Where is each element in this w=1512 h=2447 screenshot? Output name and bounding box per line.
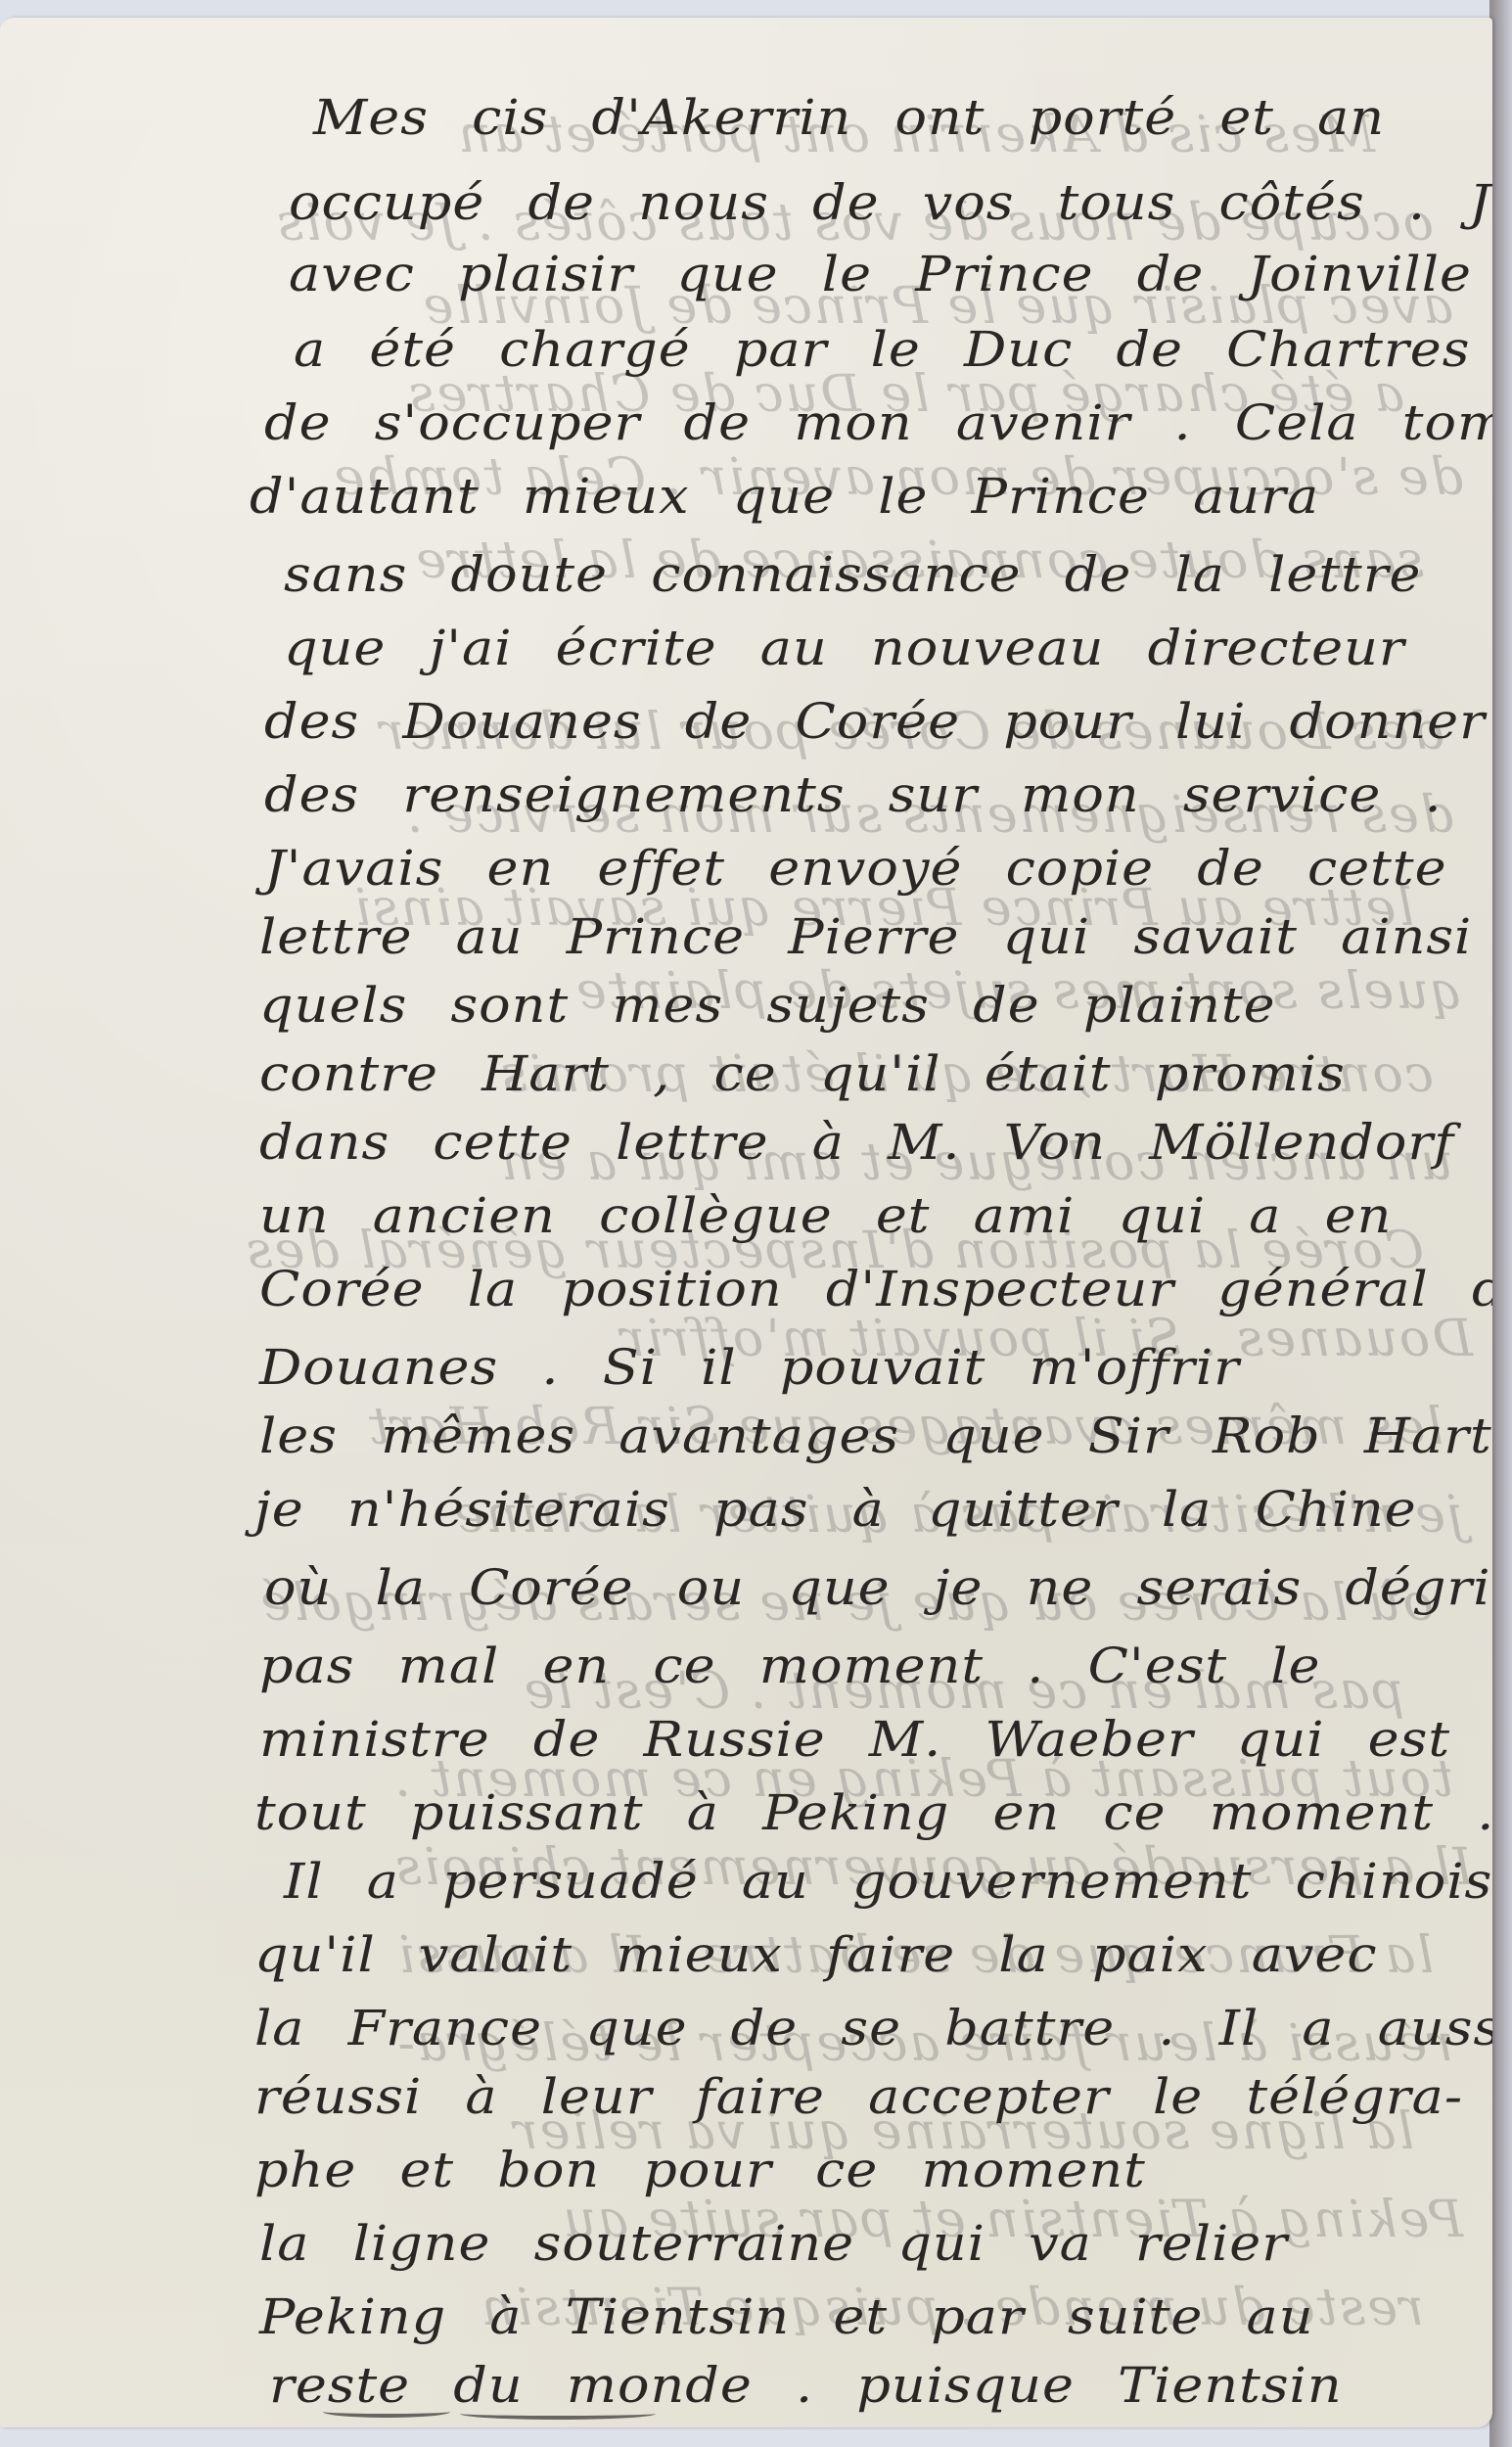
letter-line: dans cette lettre à M. Von Möllendorf	[259, 1114, 1454, 1171]
letter-line: tout puissant à Peking en ce moment .	[254, 1784, 1492, 1841]
letter-line: Il a persuadé au gouvernement chinois	[284, 1853, 1492, 1910]
letter-line: J'avais en effet envoyé copie de cette	[264, 840, 1447, 897]
letter-line: Mes cis d'Akerrin ont porté et an	[313, 89, 1385, 146]
letter-line: sans doute connaissance de la lettre	[284, 546, 1422, 603]
letter-line: Peking à Tientsin et par suite au	[259, 2288, 1314, 2345]
letter-line: des renseignements sur mon service .	[264, 766, 1443, 823]
letter-line: lettre au Prince Pierre qui savait ainsi	[259, 908, 1472, 965]
letter-line: phe et bon pour ce moment	[254, 2142, 1146, 2198]
letter-line: pas mal en ce moment . C'est le	[259, 1638, 1321, 1694]
letter-line: des Douanes de Corée pour lui donner	[264, 693, 1486, 750]
letter-line: de s'occuper de mon avenir . Cela tombe	[264, 394, 1492, 451]
letter-line: que j'ai écrite au nouveau directeur	[284, 620, 1405, 676]
underline-mark	[460, 2408, 656, 2420]
letter-line: où la Corée ou que je ne serais dégringo…	[264, 1559, 1492, 1616]
letter-line: contre Hart , ce qu'il était promis	[259, 1045, 1346, 1102]
letter-line: Corée la position d'Inspecteur général d…	[259, 1261, 1492, 1317]
letter-line: la ligne souterraine qui va relier	[259, 2215, 1288, 2272]
letter-line: la France que de se battre . Il a aussi	[254, 2000, 1492, 2056]
letter-line: réussi à leur faire accepter le télégra-	[254, 2068, 1463, 2125]
letter-line: Douanes . Si il pouvait m'offrir	[259, 1339, 1240, 1396]
letter-page: Mes cis d'Akerrin ont porté et an occupé…	[0, 18, 1492, 2427]
letter-line: je n'hésiterais pas à quitter la Chine	[254, 1481, 1417, 1538]
background-shadow	[1489, 0, 1512, 2447]
letter-line: un ancien collègue et ami qui a en	[259, 1187, 1392, 1244]
letter-line: d'autant mieux que le Prince aura	[250, 468, 1319, 525]
letter-line: ministre de Russie M. Waeber qui est	[259, 1711, 1450, 1768]
letter-line: les mêmes avantages que Sir Rob Hart	[259, 1408, 1492, 1464]
letter-line: qu'il valait mieux faire la paix avec	[254, 1926, 1378, 1983]
letter-line: quels sont mes sujets de plainte	[259, 977, 1276, 1034]
letter-line: avec plaisir que le Prince de Joinville	[289, 246, 1472, 302]
letter-line: a été chargé par le Duc de Chartres	[294, 321, 1470, 378]
letter-body: Mes cis d'Akerrin ont porté et an occupé…	[0, 18, 1492, 2427]
letter-line: occupé de nous de vos tous côtés . Je vo…	[289, 174, 1492, 231]
underline-mark	[323, 2406, 450, 2418]
